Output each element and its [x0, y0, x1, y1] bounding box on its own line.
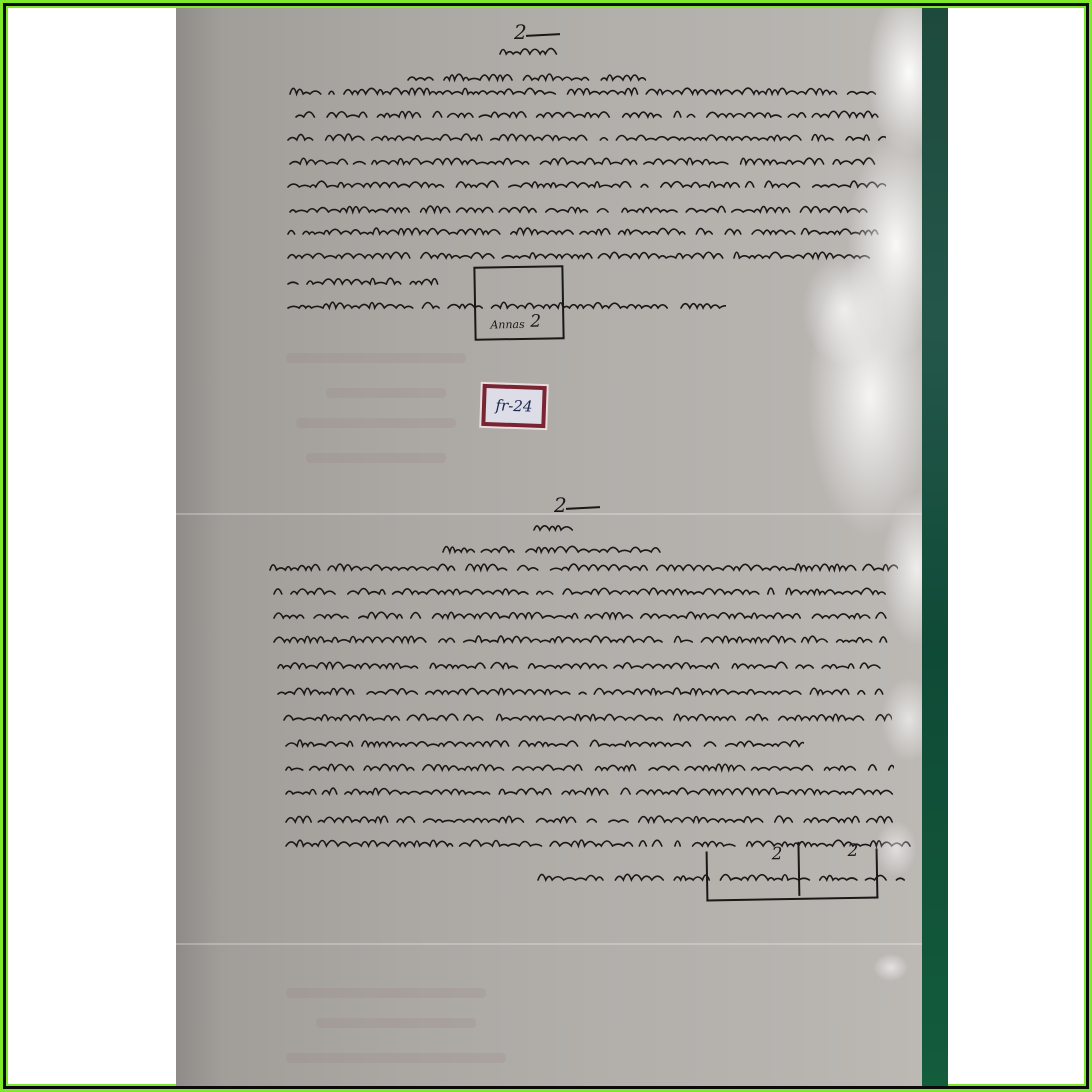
- stamp-value-left: 2: [771, 844, 782, 864]
- handwritten-line: [286, 220, 886, 242]
- archive-label-text: fr-24: [495, 396, 532, 415]
- stamp-value-right: 2: [847, 841, 858, 861]
- handwritten-line: [286, 173, 886, 195]
- handwritten-line: [284, 756, 894, 778]
- handwritten-line: [286, 244, 876, 266]
- archive-label-tag: fr-24: [481, 384, 546, 428]
- bleed-through-text: [316, 1018, 476, 1028]
- stamp-divider: [797, 842, 800, 896]
- handwritten-line: [288, 80, 878, 102]
- handwritten-line: [286, 126, 886, 148]
- handwritten-line: [272, 628, 897, 650]
- bleed-through-text: [286, 1053, 506, 1063]
- page-number: 2: [554, 493, 567, 517]
- paper-fold: [176, 943, 948, 945]
- handwritten-line: [272, 580, 892, 602]
- handwritten-line: [284, 732, 804, 754]
- stamp-label: Annas: [490, 318, 525, 332]
- handwritten-line: [288, 150, 878, 172]
- bleed-through-text: [326, 388, 446, 398]
- handwritten-line: [276, 654, 886, 676]
- bleed-through-text: [306, 453, 446, 463]
- handwritten-line: [284, 780, 904, 802]
- bleed-through-text: [286, 353, 466, 363]
- stamp-value: 2: [530, 312, 541, 332]
- handwritten-line: [294, 103, 884, 125]
- background-green-edge: [922, 8, 948, 1086]
- handwritten-line: [284, 808, 894, 830]
- handwritten-line: [288, 198, 878, 220]
- stamp-box: 2 2: [706, 849, 879, 902]
- bleed-through-text: [286, 988, 486, 998]
- stamp-box: Annas 2: [473, 265, 564, 341]
- document-photo: 2 Annas 2 fr-24 2 2 2: [176, 8, 948, 1086]
- handwritten-line: [268, 556, 898, 578]
- handwritten-line: [532, 516, 582, 538]
- handwritten-line: [498, 40, 558, 62]
- handwritten-line: [282, 706, 892, 728]
- bleed-through-text: [296, 418, 456, 428]
- handwritten-line: [272, 604, 892, 626]
- handwritten-line: [286, 270, 446, 292]
- handwritten-line: [276, 680, 896, 702]
